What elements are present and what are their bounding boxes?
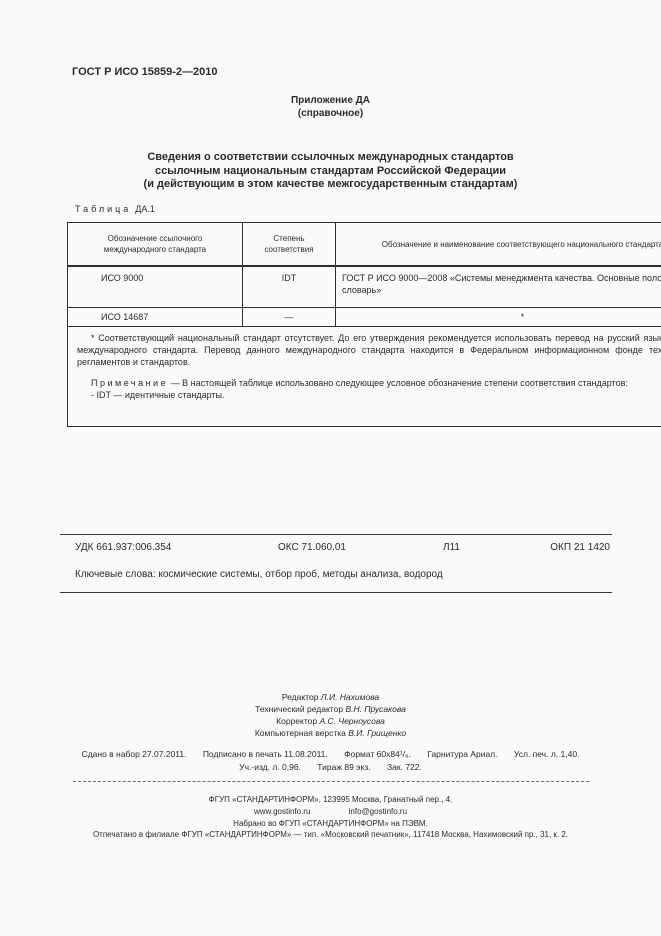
imprint-order-number: Зак. 722.	[387, 762, 422, 772]
credit-layout: Компьютерная верстка В.И. Грищенко	[0, 727, 661, 739]
dashed-separator	[73, 781, 589, 782]
table-row: ИСО 14687 — *	[68, 308, 661, 327]
annex-title: Приложение ДА	[0, 94, 661, 107]
publisher-email: info@gostinfo.ru	[349, 807, 407, 816]
credit-name: В.И. Грищенко	[348, 728, 406, 738]
cell-national-standard: ГОСТ Р ИСО 9000—2008 «Системы менеджмент…	[336, 266, 661, 308]
footnote-text: * Соответствующий национальный стандарт …	[77, 332, 661, 368]
group-code: Л11	[443, 542, 460, 553]
annex-block: Приложение ДА (справочное)	[0, 94, 661, 120]
horizontal-rule-top	[60, 534, 612, 535]
cell-reference-standard: ИСО 9000	[68, 266, 243, 308]
note-text: Примечание — В настоящей таблице использ…	[77, 377, 661, 389]
table-row: ИСО 9000 IDT ГОСТ Р ИСО 9000—2008 «Систе…	[68, 266, 661, 308]
imprint-pub-sheets: Уч.-изд. л. 0,96.	[239, 762, 301, 772]
imprint-typeface: Гарнитура Ариал.	[427, 749, 497, 759]
main-heading-line-3: (и действующим в этом качестве межгосуда…	[50, 178, 611, 192]
cell-reference-standard: ИСО 14687	[68, 308, 243, 327]
imprint-format: Формат 60х84¹/₈.	[344, 749, 411, 759]
note-label: Примечание	[91, 378, 168, 388]
table-caption-number: ДА.1	[135, 204, 155, 214]
horizontal-rule-bottom	[60, 592, 612, 593]
credit-role: Компьютерная верстка	[255, 728, 346, 738]
credit-name: Л.И. Нахимова	[321, 692, 379, 702]
table-caption: ТаблицаДА.1	[75, 204, 155, 214]
table-caption-word: Таблица	[75, 204, 131, 214]
table-header-row: Обозначение ссылочного международного ст…	[68, 223, 661, 267]
credit-technical-editor: Технический редактор В.Н. Прусакова	[0, 703, 661, 715]
imprint-line-2: Уч.-изд. л. 0,96. Тираж 89 экз. Зак. 722…	[0, 762, 661, 772]
column-header-reference-standard: Обозначение ссылочного международного ст…	[68, 223, 243, 267]
imprint-print-sheets: Усл. печ. л. 1,40.	[514, 749, 580, 759]
credit-name: В.Н. Прусакова	[345, 704, 405, 714]
oks-code: ОКС 71.060.01	[278, 542, 346, 553]
credit-role: Корректор	[276, 716, 317, 726]
document-page: ГОСТ Р ИСО 15859-2—2010 Приложение ДА (с…	[0, 0, 661, 936]
publisher-printed-note: Отпечатано в филиале ФГУП «СТАНДАРТИНФОР…	[0, 829, 661, 841]
cell-degree: —	[243, 308, 336, 327]
annex-subtitle: (справочное)	[0, 107, 661, 120]
classification-codes-row: УДК 661.937:006.354 ОКС 71.060.01 Л11 ОК…	[60, 542, 612, 556]
main-heading-line-2: ссылочным национальным стандартам Россий…	[50, 165, 611, 179]
cell-national-standard: *	[336, 308, 661, 327]
main-heading: Сведения о соответствии ссылочных междун…	[50, 151, 611, 192]
table-footnote-cell: * Соответствующий национальный стандарт …	[68, 327, 661, 427]
publisher-contacts: www.gostinfo.ru info@gostinfo.ru	[0, 806, 661, 818]
credits-block: Редактор Л.И. Нахимова Технический редак…	[0, 691, 661, 739]
publisher-website: www.gostinfo.ru	[254, 807, 310, 816]
note-item-idt: - IDT — идентичные стандарты.	[77, 389, 661, 401]
imprint-print-date: Подписано в печать 11.08.2011.	[203, 749, 328, 759]
imprint-line-1: Сдано в набор 27.07.2011. Подписано в пе…	[0, 749, 661, 759]
credit-role: Технический редактор	[255, 704, 343, 714]
okp-code: ОКП 21 1420	[550, 542, 610, 553]
keywords-line: Ключевые слова: космические системы, отб…	[75, 569, 443, 580]
udk-code: УДК 661.937:006.354	[75, 542, 171, 553]
doc-number: ГОСТ Р ИСО 15859-2—2010	[72, 66, 218, 78]
note-body: — В настоящей таблице использовано следу…	[171, 378, 628, 388]
main-heading-line-1: Сведения о соответствии ссылочных междун…	[50, 151, 611, 165]
imprint-typeset-date: Сдано в набор 27.07.2011.	[82, 749, 187, 759]
correspondence-table: Обозначение ссылочного международного ст…	[67, 222, 661, 427]
credit-name: А.С. Черноусова	[319, 716, 384, 726]
publisher-address: ФГУП «СТАНДАРТИНФОРМ», 123995 Москва, Гр…	[0, 794, 661, 806]
imprint-circulation: Тираж 89 экз.	[317, 762, 370, 772]
credit-proofreader: Корректор А.С. Черноусова	[0, 715, 661, 727]
credit-editor: Редактор Л.И. Нахимова	[0, 691, 661, 703]
cell-degree: IDT	[243, 266, 336, 308]
column-header-national-standard: Обозначение и наименование соответствующ…	[336, 223, 661, 267]
column-header-degree: Степень соответствия	[243, 223, 336, 267]
publisher-typeset-note: Набрано во ФГУП «СТАНДАРТИНФОРМ» на ПЭВМ…	[0, 818, 661, 830]
publisher-block: ФГУП «СТАНДАРТИНФОРМ», 123995 Москва, Гр…	[0, 794, 661, 841]
table-footnote-row: * Соответствующий национальный стандарт …	[68, 327, 661, 427]
credit-role: Редактор	[282, 692, 319, 702]
